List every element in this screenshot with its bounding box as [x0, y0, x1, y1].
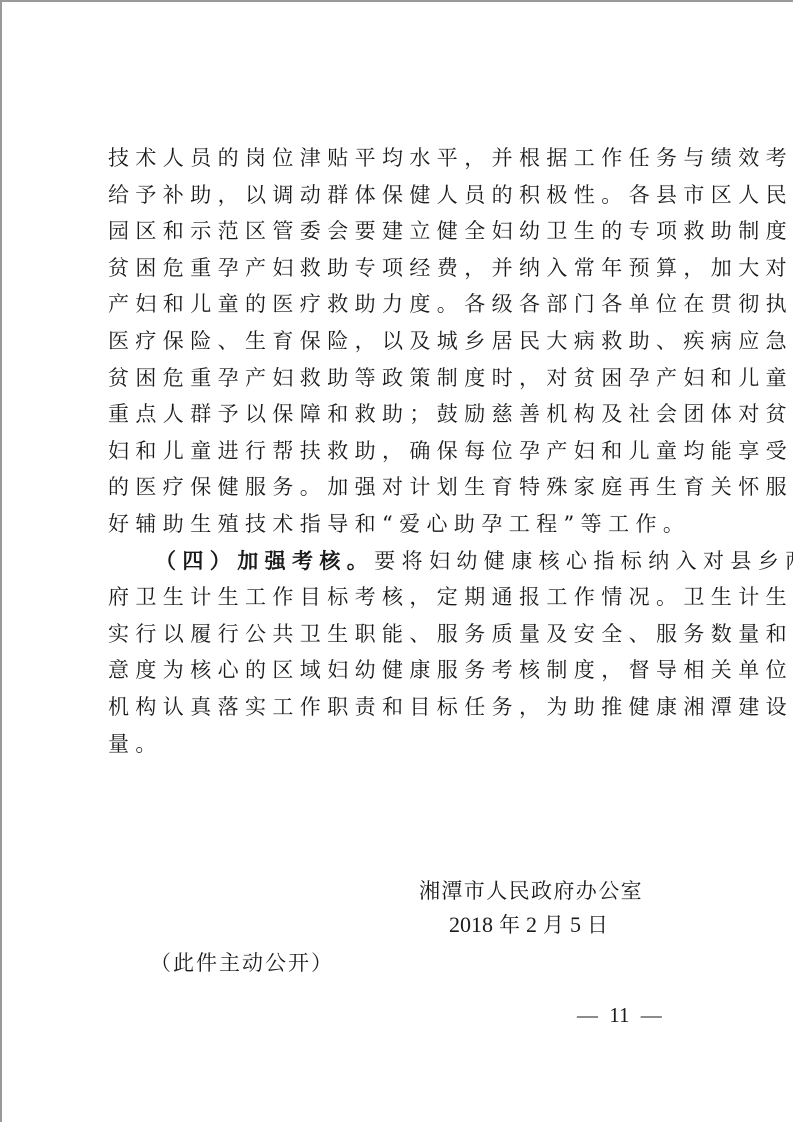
body-line: 量。	[108, 726, 690, 763]
document-body: 技术人员的岗位津贴平均水平，并根据工作任务与绩效考核结果 给予补助，以调动群体保…	[108, 140, 690, 762]
date-month: 2	[526, 912, 537, 937]
section-4-heading: （四）加强考核。	[155, 548, 374, 573]
section-4-text: 要将妇幼健康核心指标纳入对县乡两级政	[374, 549, 793, 573]
body-line: 医疗保险、生育保险，以及城乡居民大病救助、疾病应急救助、	[108, 323, 690, 360]
date-month-unit: 月	[543, 913, 564, 937]
date-day-unit: 日	[587, 913, 608, 937]
body-line: 给予补助，以调动群体保健人员的积极性。各县市区人民政府、	[108, 177, 690, 214]
body-line: 贫困危重孕产妇救助等政策制度时，对贫困孕产妇和儿童应作为	[108, 360, 690, 397]
page-edge-left	[0, 0, 2, 1122]
body-line: 产妇和儿童的医疗救助力度。各级各部门各单位在贯彻执行基本	[108, 286, 690, 323]
body-line: 好辅助生殖技术指导和“爱心助孕工程”等工作。	[108, 506, 690, 543]
body-line: 园区和示范区管委会要建立健全妇幼卫生的专项救助制度，安排	[108, 213, 690, 250]
body-line: 技术人员的岗位津贴平均水平，并根据工作任务与绩效考核结果	[108, 140, 690, 177]
page-number: — 11 —	[577, 1000, 662, 1030]
date-day: 5	[570, 912, 581, 937]
body-line: 重点人群予以保障和救助；鼓励慈善机构及社会团体对贫困孕产	[108, 396, 690, 433]
issue-date: 2018年2月5日	[449, 910, 614, 940]
section-4-first-line: （四）加强考核。要将妇幼健康核心指标纳入对县乡两级政	[108, 543, 690, 580]
body-line: 妇和儿童进行帮扶救助，确保每位孕产妇和儿童均能享受到正常	[108, 433, 690, 470]
body-line: 意度为核心的区域妇幼健康服务考核制度，督导相关单位和服务	[108, 652, 690, 689]
disclosure-note: （此件主动公开）	[150, 948, 334, 978]
date-year: 2018	[449, 912, 493, 937]
page-edge-top	[0, 0, 793, 2]
body-line: 实行以履行公共卫生职能、服务质量及安全、服务数量和群众满	[108, 616, 690, 653]
body-line: 贫困危重孕产妇救助专项经费，并纳入常年预算，加大对贫困孕	[108, 250, 690, 287]
body-line: 府卫生计生工作目标考核，定期通报工作情况。卫生计生部门要	[108, 579, 690, 616]
date-year-unit: 年	[499, 913, 520, 937]
body-line: 的医疗保健服务。加强对计划生育特殊家庭再生育关怀服务，做	[108, 469, 690, 506]
issuer-signature: 湘潭市人民政府办公室	[419, 876, 643, 906]
body-line: 机构认真落实工作职责和目标任务，为助推健康湘潭建设贡献力	[108, 689, 690, 726]
